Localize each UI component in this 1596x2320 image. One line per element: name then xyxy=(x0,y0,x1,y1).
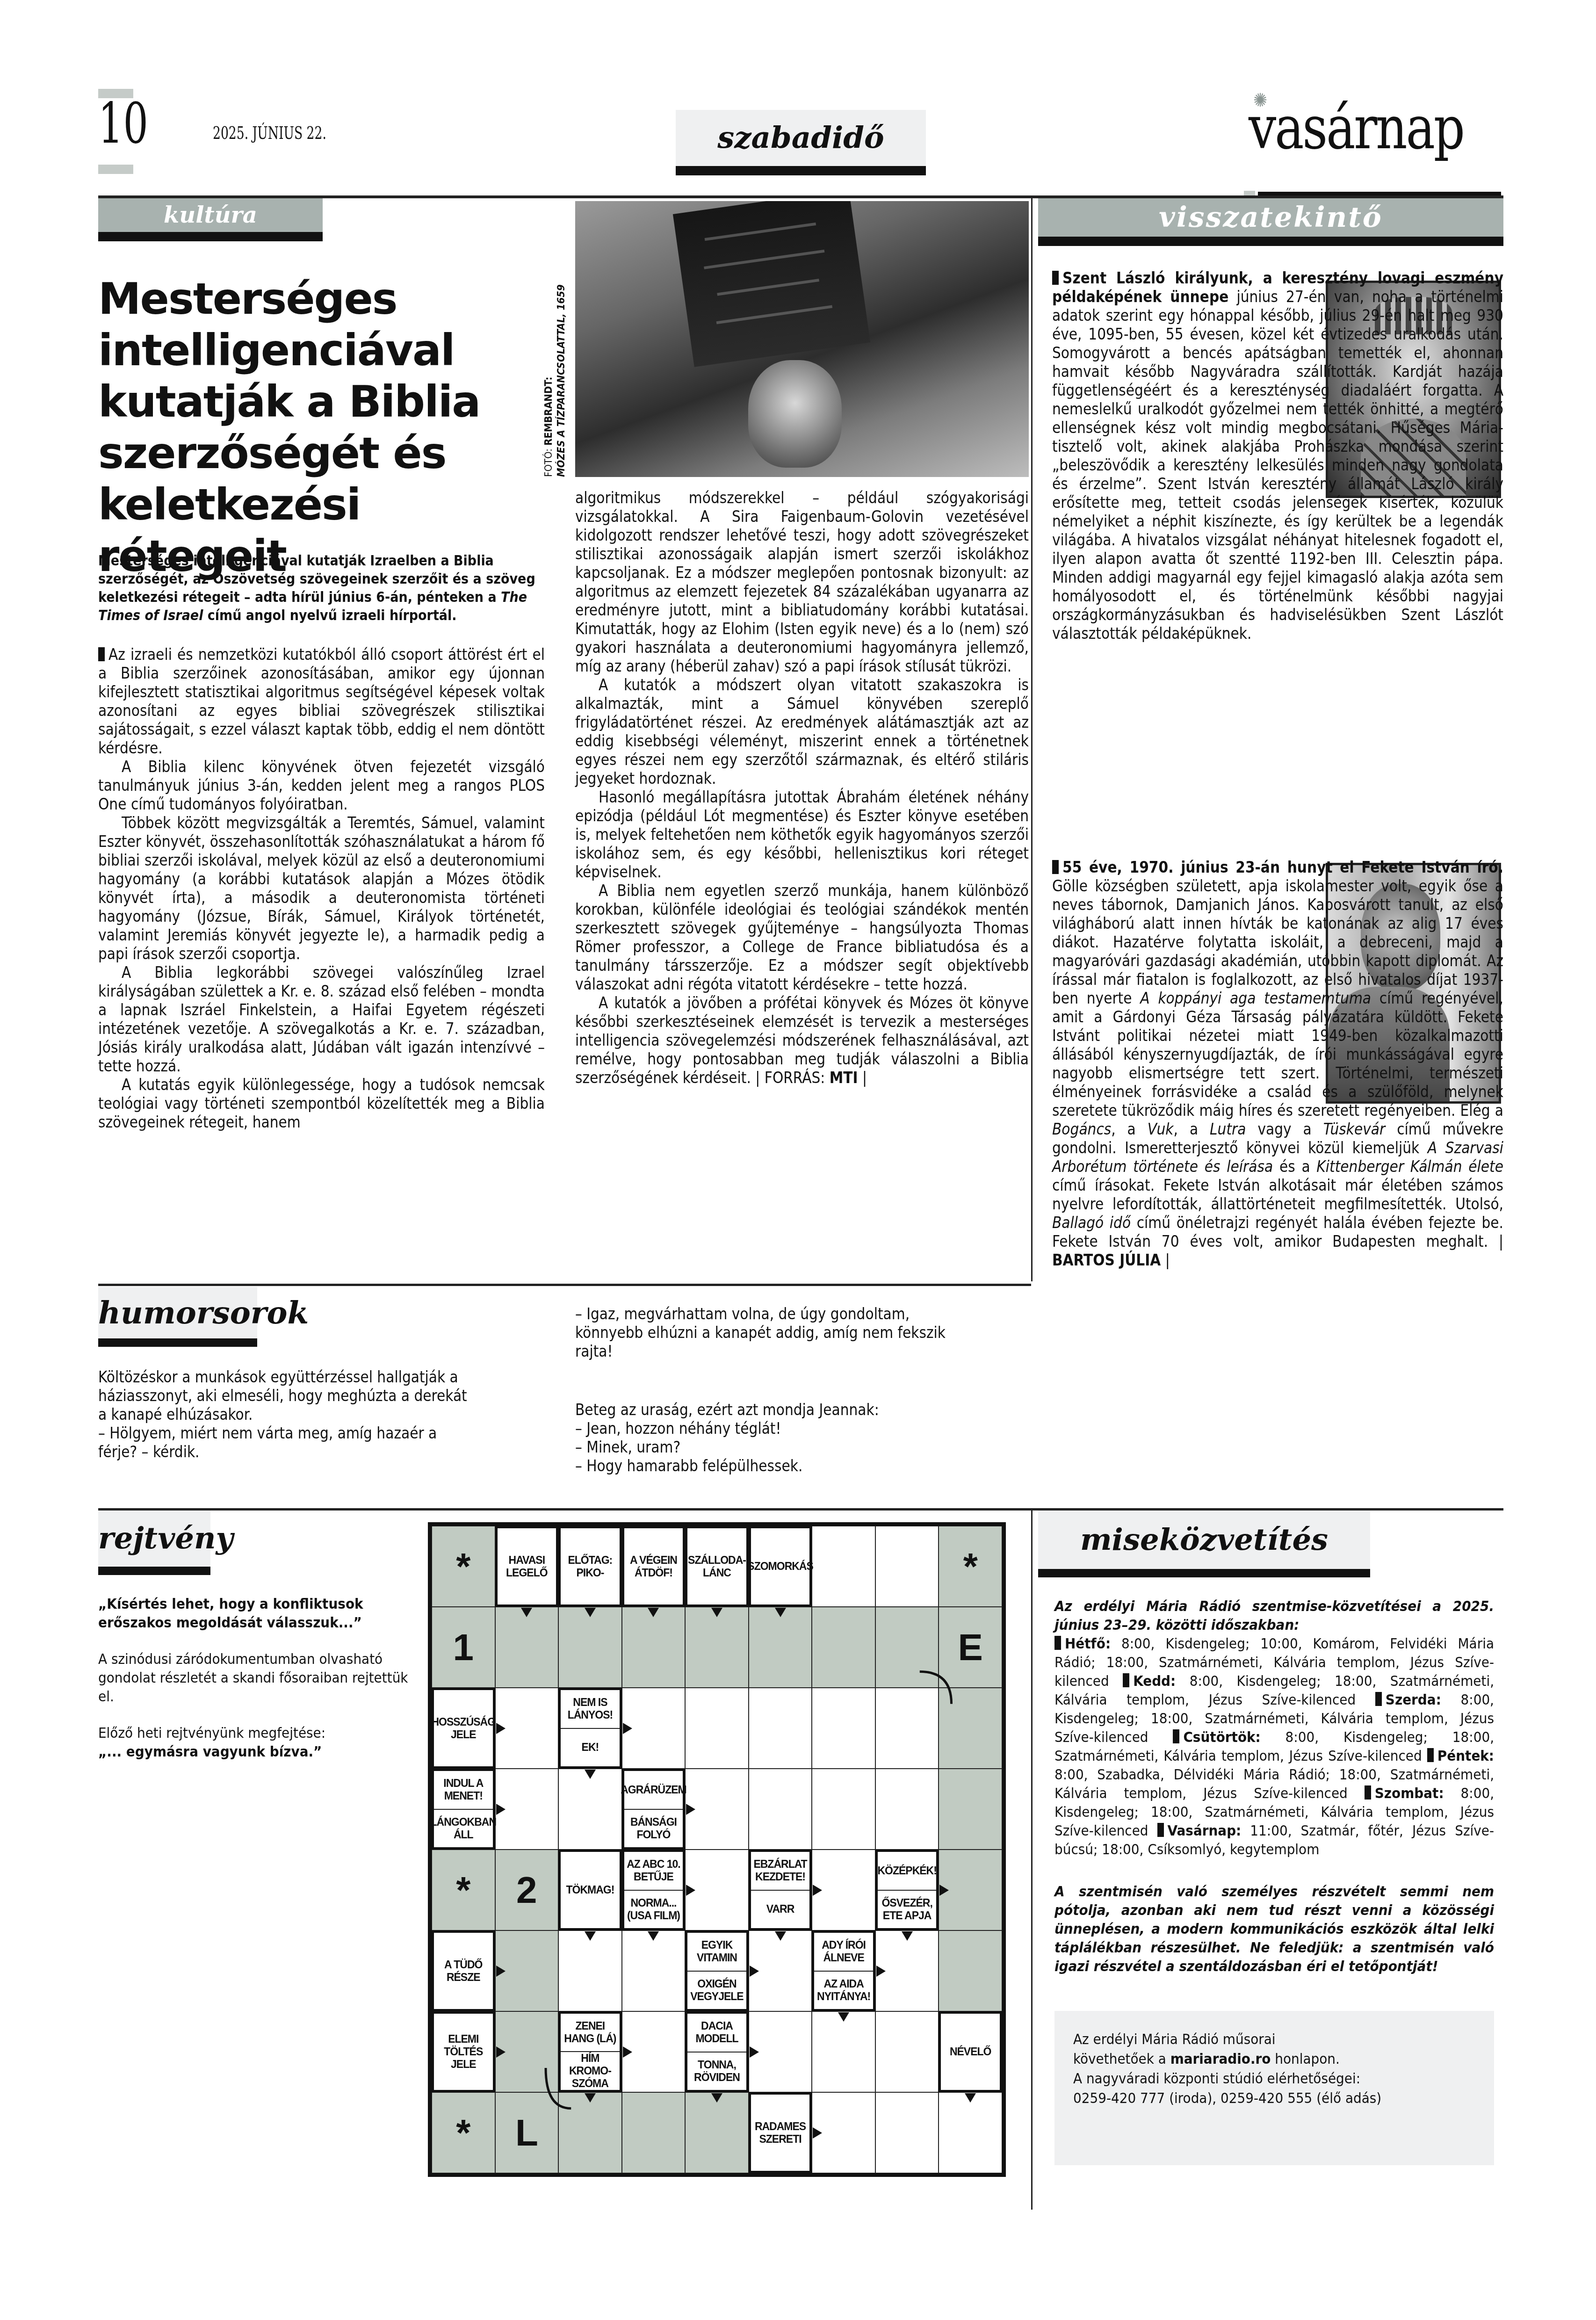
paragraph-marker-icon xyxy=(1052,271,1059,285)
crossword-cell[interactable] xyxy=(812,1688,875,1769)
crossword-clue-cell-split: KÖZÉPKÉK!ŐSVEZÉR, ETE APJA xyxy=(875,1850,939,1930)
book-title: Tüskevár xyxy=(1323,1120,1386,1138)
crossword-clue: VARR xyxy=(751,1891,810,1929)
arrow-right-icon xyxy=(686,1804,695,1815)
joke-line: – Jean, hozzon néhány téglát! xyxy=(575,1419,996,1438)
paragraph-text: Az izraeli és nemzetközi kutatókból álló… xyxy=(98,645,545,757)
crossword-solution-cell[interactable] xyxy=(622,1607,686,1688)
day-label: Szerda: xyxy=(1386,1691,1441,1708)
crossword-cell[interactable] xyxy=(622,1930,686,2011)
puzzle-instructions: A szinódusi záródokumentumban olvasható … xyxy=(98,1650,416,1706)
arrow-down-icon xyxy=(711,1608,722,1617)
previous-solution-label: Előző heti rejtvényünk megfejtése: xyxy=(98,1724,416,1742)
day-marker-icon xyxy=(1123,1673,1129,1687)
lead-text-end: című angol nyelvű izraeli hírportál. xyxy=(203,607,456,624)
paragraph: A kutatók a módszert olyan vitatott szak… xyxy=(575,676,1029,788)
crossword-clue: A VÉGEIN ÁTDÖF! xyxy=(622,1526,686,1607)
crossword-clue: NÉVELŐ xyxy=(939,2011,1002,2092)
page-number: 10 xyxy=(98,96,148,152)
day-marker-icon xyxy=(1365,1785,1371,1800)
paragraph-marker-icon xyxy=(1052,860,1059,874)
crossword-clue: TONNA, RÖVIDEN xyxy=(687,2053,746,2090)
puzzle-description: „Kísértés lehet, hogy a konfliktusok erő… xyxy=(98,1595,416,1779)
book-title: Ballagó idő xyxy=(1052,1214,1131,1232)
book-title: A koppányi aga testamemtuma xyxy=(1140,989,1371,1007)
crossword-solution-cell[interactable] xyxy=(749,1607,812,1688)
day-marker-icon xyxy=(1375,1692,1382,1706)
visszatekinto-item-1: Szent László királyunk, a keresztény lov… xyxy=(1052,269,1503,643)
paragraph: A Biblia nem egyetlen szerző munkája, ha… xyxy=(575,882,1029,994)
crossword-solution-marker: 2 xyxy=(495,1850,559,1930)
section-divider-humor xyxy=(98,1284,1031,1286)
crossword-solution-cell[interactable] xyxy=(939,1688,1002,1769)
arrow-right-icon xyxy=(876,1966,886,1977)
crossword-clue: HOSSZÚSÁG JELE xyxy=(432,1688,495,1769)
arrow-right-icon xyxy=(813,1885,822,1896)
crossword-clue-cell-split: DACIA MODELLTONNA, RÖVIDEN xyxy=(685,2011,749,2092)
crossword-clue: ELŐTAG: PIKO- xyxy=(558,1526,622,1607)
day-label: Szombat: xyxy=(1375,1785,1444,1802)
day-marker-icon xyxy=(1054,1636,1061,1650)
book-title: Vuk xyxy=(1148,1120,1174,1138)
crossword-clue-cell-split: NEM IS LÁNYOS!EK! xyxy=(558,1688,622,1769)
section-label-text: kultúra xyxy=(164,202,257,228)
paragraph: Az izraeli és nemzetközi kutatókból álló… xyxy=(98,645,545,758)
crossword-clue-cell-split: AZ ABC 10. BETŰJENORMA... (USA FILM) xyxy=(622,1850,686,1930)
item-text: című regényével, amit a Gárdonyi Géza Tá… xyxy=(1052,989,1503,1120)
article-headline: Mesterséges intelligenciával kutatják a … xyxy=(98,274,542,582)
issue-date: 2025. JÚNIUS 22. xyxy=(213,123,326,143)
crossword-cell[interactable] xyxy=(812,1769,875,1850)
crossword-cell[interactable] xyxy=(875,2092,939,2173)
arrow-right-icon xyxy=(623,1723,632,1734)
joke-line: Költözéskor a munkások együttérzéssel ha… xyxy=(98,1368,472,1424)
crossword-cell[interactable] xyxy=(685,1688,749,1769)
arrow-down-icon xyxy=(521,1608,532,1617)
joke-line: Beteg az uraság, ezért azt mondja Jeanna… xyxy=(575,1401,996,1419)
arrow-right-icon xyxy=(496,1804,506,1815)
crossword-clue: HAVASI LEGELŐ xyxy=(495,1526,559,1607)
arrow-right-icon xyxy=(496,1966,506,1977)
crossword-cell[interactable] xyxy=(875,1769,939,1850)
joke-line: – Minek, uram? xyxy=(575,1438,996,1457)
crossword-clue: EK! xyxy=(561,1729,620,1767)
arrow-right-icon xyxy=(496,2046,506,2058)
crossword-solution-marker: * xyxy=(432,1526,495,1607)
arrow-down-icon xyxy=(838,2012,849,2022)
photo-caption: FOTÓ: REMBRANDT: MÓZES A TÍZPARANCSOLATT… xyxy=(542,234,568,477)
visszatekinto-item-2: 55 éve, 1970. június 23-án hunyt el Feke… xyxy=(1052,858,1503,1270)
item-text: Gölle községben született, apja iskolame… xyxy=(1052,877,1503,1007)
paragraph-marker-icon xyxy=(98,647,105,661)
crossword-clue-cell-split: EGYIK VITAMINOXIGÉN VEGYJELE xyxy=(685,1930,749,2011)
crossword-solution-cell[interactable] xyxy=(875,1607,939,1688)
schedule-intro: Az erdélyi Mária Rádió szentmise-közvetí… xyxy=(1054,1597,1494,1634)
crossword-cell[interactable] xyxy=(749,1769,812,1850)
item-text: június 27-én van, noha a történelmi adat… xyxy=(1052,288,1503,643)
arrow-down-icon xyxy=(965,2093,976,2103)
crossword-clue: KÖZÉPKÉK! xyxy=(878,1852,937,1891)
section-label-misekozvetites: miseközvetítés xyxy=(1038,1511,1370,1577)
item-text: , a xyxy=(1111,1120,1148,1138)
crossword-clue: SZOMORKÁS xyxy=(749,1526,812,1607)
arrow-down-icon xyxy=(648,1931,659,1941)
puzzle-quote: „Kísértés lehet, hogy a konfliktusok erő… xyxy=(98,1595,416,1632)
crossword-clue: SZÁLLODA-LÁNC xyxy=(685,1526,749,1607)
arrow-down-icon xyxy=(585,2093,596,2103)
crossword-clue: HÍM KROMO-SZÓMA xyxy=(561,2052,620,2090)
crossword-solution-cell[interactable] xyxy=(939,1769,1002,1850)
book-title: Lutra xyxy=(1210,1120,1246,1138)
section-title: szabadidő xyxy=(676,110,926,166)
crossword-clue: ELEMI TÖLTÉS JELE xyxy=(432,2011,495,2092)
crossword-cell[interactable] xyxy=(558,1769,622,1850)
day-marker-icon xyxy=(1173,1729,1179,1743)
joke-line: – Hölgyem, miért nem várta meg, amíg haz… xyxy=(98,1424,472,1461)
arrow-right-icon xyxy=(750,1966,759,1977)
crossword-solution-cell[interactable] xyxy=(558,2092,622,2173)
arrow-down-icon xyxy=(711,2093,722,2103)
crossword-clue: NEM IS LÁNYOS! xyxy=(561,1690,620,1729)
article-lead: Mesterséges intelligenciával kutatják Iz… xyxy=(98,552,547,625)
section-label-text: miseközvetítés xyxy=(1080,1522,1328,1557)
page-number-bar-bottom xyxy=(98,165,133,174)
crossword-cell[interactable] xyxy=(939,2092,1002,2173)
source-label: FORRÁS: xyxy=(765,1069,825,1087)
info-phone-numbers: 0259-420 777 (iroda), 0259-420 555 (élő … xyxy=(1073,2089,1475,2108)
crossword-clue: EBZÁRLAT KEZDETE! xyxy=(751,1852,810,1891)
crossword-cell[interactable] xyxy=(812,1526,875,1607)
paragraph: A kutatók a jövőben a prófétai könyvek é… xyxy=(575,994,1029,1087)
crossword-clue: DACIA MODELL xyxy=(687,2014,746,2053)
crossword-clue: LÁNGOKBAN ÁLL xyxy=(434,1810,493,1848)
crossword-cell[interactable] xyxy=(875,1526,939,1607)
arrow-down-icon xyxy=(902,1931,913,1941)
day-label: Hétfő: xyxy=(1065,1635,1111,1652)
arrow-right-icon xyxy=(813,2127,822,2139)
mass-schedule: Az erdélyi Mária Rádió szentmise-közvetí… xyxy=(1054,1597,1494,1976)
crossword-clue-cell-split: ADY ÍRÓI ÁLNEVEAZ AIDA NYITÁNYA! xyxy=(812,1930,875,2011)
paragraph: Többek között megvizsgálták a Teremtés, … xyxy=(98,814,545,963)
article-column-2: algoritmikus módszerekkel – például szóg… xyxy=(575,489,1029,1087)
crossword-solution-cell[interactable] xyxy=(558,1607,622,1688)
joke-1-ending: – Igaz, megvárhattam volna, de úgy gondo… xyxy=(575,1305,949,1361)
section-header-szabadido: szabadidő xyxy=(676,110,926,175)
crossword-solution-cell[interactable] xyxy=(622,2092,686,2173)
section-label-visszatekinto: visszatekintő xyxy=(1038,198,1503,246)
crossword-clue: ZENEI HANG (LÁ) xyxy=(561,2014,620,2052)
section-label-kultura: kultúra xyxy=(98,198,323,241)
crossword-cell[interactable] xyxy=(558,1930,622,2011)
arrow-right-icon xyxy=(939,1885,949,1896)
item-text: című írásokat. Fekete István alkotásait … xyxy=(1052,1176,1503,1213)
crossword-solution-cell[interactable] xyxy=(685,1607,749,1688)
crossword-cell[interactable] xyxy=(875,1688,939,1769)
section-label-text: humorsorok xyxy=(98,1294,309,1331)
crossword-clue: ŐSVEZÉR, ETE APJA xyxy=(878,1891,937,1929)
item-text: , a xyxy=(1174,1120,1210,1138)
item-text: vagy a xyxy=(1246,1120,1323,1138)
crossword-solution-cell[interactable] xyxy=(812,1607,875,1688)
item-bold: 55 éve, 1970. június 23-án hunyt el Feke… xyxy=(1062,858,1503,876)
crossword-clue: AZ ABC 10. BETŰJE xyxy=(624,1852,683,1891)
arrow-down-icon xyxy=(775,1931,786,1941)
paragraph: A Biblia kilenc könyvének ötven fejezeté… xyxy=(98,758,545,814)
crossword-clue-cell-split: EBZÁRLAT KEZDETE!VARR xyxy=(749,1850,812,1930)
paragraph: A kutatás egyik különlegessége, hogy a t… xyxy=(98,1076,545,1132)
paragraph: A Biblia legkorábbi szövegei valószínűle… xyxy=(98,963,545,1076)
crossword-clue: EGYIK VITAMIN xyxy=(687,1933,746,1972)
crossword-solution-marker: E xyxy=(939,1607,1002,1688)
section-label-humorsorok: humorsorok xyxy=(98,1287,257,1347)
crossword-clue-cell-split: ZENEI HANG (LÁ)HÍM KROMO-SZÓMA xyxy=(558,2011,622,2092)
joke-2: Beteg az uraság, ezért azt mondja Jeanna… xyxy=(575,1401,996,1475)
day-marker-icon xyxy=(1157,1823,1164,1837)
info-line: követhetőek a mariaradio.ro honlapon. xyxy=(1073,2049,1475,2069)
crossword-clue: RADAMES SZERETI xyxy=(749,2092,812,2173)
photo-tablet-shape xyxy=(673,201,870,367)
arrow-down-icon xyxy=(775,1608,786,1617)
paragraph: 55 éve, 1970. június 23-án hunyt el Feke… xyxy=(1052,858,1503,1270)
joke-1: Költözéskor a munkások együttérzéssel ha… xyxy=(98,1368,472,1461)
website-link[interactable]: mariaradio.ro xyxy=(1170,2051,1271,2067)
info-text: honlapon. xyxy=(1271,2051,1339,2067)
arrow-right-icon xyxy=(686,1885,695,1896)
arrow-down-icon xyxy=(585,1608,596,1617)
article-column-1: Az izraeli és nemzetközi kutatókból álló… xyxy=(98,645,545,1132)
crossword-clue-cell-split: AGRÁRÜZEMBÁNSÁGI FOLYÓ xyxy=(622,1769,686,1850)
publication-logo: vasárnap xyxy=(1249,98,1464,158)
article-photo-moses xyxy=(575,201,1029,477)
radio-info-box: Az erdélyi Mária Rádió műsorai követhető… xyxy=(1054,2011,1494,2165)
caption-title: MÓZES A TÍZPARANCSOLATTAL, 1659 xyxy=(556,284,567,477)
section-label-text: rejtvény xyxy=(98,1521,233,1556)
arrow-right-icon xyxy=(750,2046,759,2058)
caption-credit: REMBRANDT: xyxy=(543,376,555,445)
info-text: követhetőek a xyxy=(1073,2051,1170,2067)
info-line: A nagyváradi központi stúdió elérhetőség… xyxy=(1073,2069,1475,2089)
lead-text: Mesterséges intelligenciával kutatják Iz… xyxy=(98,553,535,606)
joke-line: – Hogy hamarabb felépülhessek. xyxy=(575,1457,996,1475)
column-divider-bottom xyxy=(1031,1508,1033,2210)
paragraph: algoritmikus módszerekkel – például szóg… xyxy=(575,489,1029,676)
crossword-clue: NORMA... (USA FILM) xyxy=(624,1891,683,1929)
crossword-clue-cell-split: INDUL A MENET!LÁNGOKBAN ÁLL xyxy=(432,1769,495,1850)
crossword-solution-marker: * xyxy=(432,1850,495,1930)
crossword-solution-marker: 1 xyxy=(432,1607,495,1688)
arrow-down-icon xyxy=(648,1608,659,1617)
source-name: MTI xyxy=(830,1069,858,1087)
arrow-right-icon xyxy=(496,1723,506,1734)
day-marker-icon xyxy=(1427,1748,1434,1762)
column-divider xyxy=(1031,196,1033,1281)
crossword-clue: A TÜDŐ RÉSZE xyxy=(432,1930,495,2011)
crossword-grid[interactable]: *HAVASI LEGELŐELŐTAG: PIKO-A VÉGEIN ÁTDÖ… xyxy=(428,1522,1006,2177)
crossword-clue: AZ AIDA NYITÁNYA! xyxy=(814,1972,873,2009)
crossword-clue: BÁNSÁGI FOLYÓ xyxy=(624,1810,683,1848)
crossword-solution-cell[interactable] xyxy=(939,1930,1002,2011)
crossword-clue: INDUL A MENET! xyxy=(434,1771,493,1810)
item-text: és a xyxy=(1273,1157,1316,1176)
crossword-cell[interactable] xyxy=(875,2011,939,2092)
crossword-solution-marker: L xyxy=(495,2092,559,2173)
crossword-clue: ADY ÍRÓI ÁLNEVE xyxy=(814,1933,873,1972)
crossword-cell[interactable] xyxy=(812,2011,875,2092)
paragraph: Hasonló megállapításra jutottak Ábrahám … xyxy=(575,788,1029,882)
crossword-cell[interactable] xyxy=(749,1688,812,1769)
section-label-rejtveny: rejtvény xyxy=(98,1511,210,1575)
day-label: Kedd: xyxy=(1133,1673,1176,1690)
info-line: Az erdélyi Mária Rádió műsorai xyxy=(1073,2030,1475,2049)
crossword-clue: OXIGÉN VEGYJELE xyxy=(687,1972,746,2009)
arrow-right-icon xyxy=(623,2046,632,2058)
book-title: Bogáncs xyxy=(1052,1120,1111,1138)
arrow-down-icon xyxy=(585,1770,596,1779)
day-label: Vasárnap: xyxy=(1168,1822,1242,1839)
arrow-down-icon xyxy=(585,1931,596,1941)
crossword-solution-marker: * xyxy=(432,2092,495,2173)
author-byline: BARTOS JÚLIA xyxy=(1052,1251,1161,1269)
crossword-solution-cell[interactable] xyxy=(495,1607,559,1688)
book-title: Kittenberger Kálmán élete xyxy=(1316,1157,1503,1176)
schedule-note: A szentmisén való személyes részvételt s… xyxy=(1054,1882,1494,1976)
crossword-clue: AGRÁRÜZEM xyxy=(624,1771,683,1810)
previous-solution: „... egymásra vagyunk bízva.” xyxy=(98,1742,416,1761)
crossword-solution-cell[interactable] xyxy=(685,2092,749,2173)
day-label: Csütörtök: xyxy=(1183,1729,1260,1746)
crossword-clue: TÖKMAG! xyxy=(558,1850,622,1930)
day-label: Péntek: xyxy=(1437,1748,1494,1764)
crossword-solution-marker: * xyxy=(939,1526,1002,1607)
paragraph: Szent László királyunk, a keresztény lov… xyxy=(1052,269,1503,643)
section-label-text: visszatekintő xyxy=(1159,201,1383,234)
caption-credit-label: FOTÓ: xyxy=(543,446,555,477)
joke-line: – Igaz, megvárhattam volna, de úgy gondo… xyxy=(575,1305,949,1361)
schedule-days: Hétfő: 8:00, Kisdengeleg; 10:00, Komárom… xyxy=(1054,1634,1494,1859)
photo-face-shape xyxy=(748,360,842,468)
